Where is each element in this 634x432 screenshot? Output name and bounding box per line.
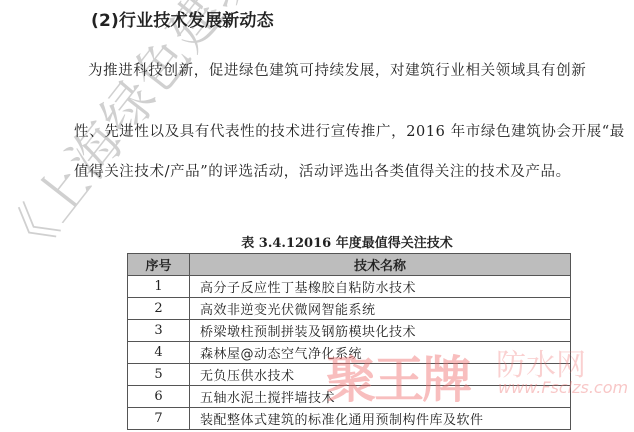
row-name: 无负压供水技术 bbox=[190, 364, 571, 386]
row-name: 装配整体式建筑的标准化通用预制构件库及软件 bbox=[190, 408, 571, 430]
row-number: 6 bbox=[128, 386, 190, 408]
row-number: 7 bbox=[128, 408, 190, 430]
row-number: 5 bbox=[128, 364, 190, 386]
header-name: 技术名称 bbox=[190, 254, 571, 276]
row-number: 4 bbox=[128, 342, 190, 364]
tech-table: 序号 技术名称 1 高分子反应性丁基橡胶自粘防水技术 2 高效非逆变光伏微网智能… bbox=[127, 253, 571, 430]
row-name: 森林屋@动态空气净化系统 bbox=[190, 342, 571, 364]
paragraph-line-3: 值得关注技术/产品”的评选活动，活动评选出各类值得关注的技术及产品。 bbox=[74, 160, 571, 181]
row-name: 五轴水泥土搅拌墙技术 bbox=[190, 386, 571, 408]
row-number: 1 bbox=[128, 276, 190, 298]
table-row: 4 森林屋@动态空气净化系统 bbox=[128, 342, 571, 364]
row-number: 3 bbox=[128, 320, 190, 342]
table-row: 6 五轴水泥土搅拌墙技术 bbox=[128, 386, 571, 408]
header-number: 序号 bbox=[128, 254, 190, 276]
row-name: 桥梁墩柱预制拼装及钢筋模块化技术 bbox=[190, 320, 571, 342]
row-name: 高效非逆变光伏微网智能系统 bbox=[190, 298, 571, 320]
table-row: 3 桥梁墩柱预制拼装及钢筋模块化技术 bbox=[128, 320, 571, 342]
paragraph-line-2: 性、先进性以及具有代表性的技术进行宣传推广，2016 年市绿色建筑协会开展“最 bbox=[74, 120, 625, 141]
section-heading: (2)行业技术发展新动态 bbox=[91, 6, 274, 31]
table-row: 2 高效非逆变光伏微网智能系统 bbox=[128, 298, 571, 320]
table-row: 7 装配整体式建筑的标准化通用预制构件库及软件 bbox=[128, 408, 571, 430]
table-header-row: 序号 技术名称 bbox=[128, 254, 571, 276]
row-number: 2 bbox=[128, 298, 190, 320]
table-caption: 表 3.4.12016 年度最值得关注技术 bbox=[0, 232, 634, 251]
table-row: 5 无负压供水技术 bbox=[128, 364, 571, 386]
paragraph-line-1: 为推进科技创新，促进绿色建筑可持续发展，对建筑行业相关领域具有创新 bbox=[88, 59, 586, 80]
table-row: 1 高分子反应性丁基橡胶自粘防水技术 bbox=[128, 276, 571, 298]
document-page: 《上海绿色建筑发 (2)行业技术发展新动态 为推进科技创新，促进绿色建筑可持续发… bbox=[0, 0, 634, 432]
row-name: 高分子反应性丁基橡胶自粘防水技术 bbox=[190, 276, 571, 298]
